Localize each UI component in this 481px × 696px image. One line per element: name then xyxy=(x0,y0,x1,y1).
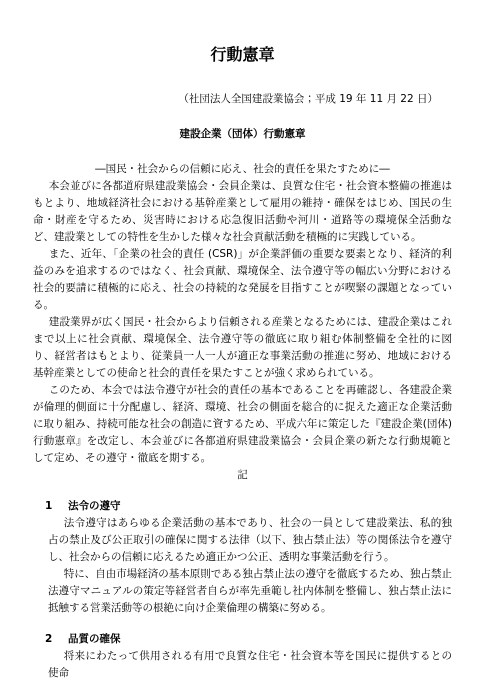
document-title: 行動憲章 xyxy=(33,45,452,65)
record-marker: 記 xyxy=(33,467,452,484)
preamble-paragraph-2: また、近年、「企業の社会的責任 (CSR)」が企業評価の重要な要素となり、経済的… xyxy=(33,246,452,314)
section-2: 2品質の確保 将来にわたって供用される有用で良質な住宅・社会資本等を国民に提供す… xyxy=(33,631,452,682)
section-1-paragraph-2: 特に、自由市場経済の基本原則である独占禁止法の遵守を徹底するため、独占禁止法遵守… xyxy=(48,566,452,617)
section-1-paragraph-1: 法令遵守はあらゆる企業活動の基本であり、社会の一員として建設業法、私的独占の禁止… xyxy=(48,515,452,566)
slogan-line: ―国民・社会からの信頼に応え、社会的責任を果たすために― xyxy=(33,161,452,178)
section-1-title: 法令の遵守 xyxy=(68,500,121,512)
section-2-heading: 2品質の確保 xyxy=(45,631,452,648)
section-1-heading: 1法令の遵守 xyxy=(45,498,452,515)
preamble-paragraph-3: 建設業界が広く国民・社会からより信頼される産業となるためには、建設企業はこれまで… xyxy=(33,314,452,382)
section-2-number: 2 xyxy=(45,631,55,648)
section-2-title: 品質の確保 xyxy=(68,633,121,645)
document-page: 行動憲章 （社団法人全国建設業協会；平成 19 年 11 月 22 日） 建設企… xyxy=(0,0,481,696)
attribution-line: （社団法人全国建設業協会；平成 19 年 11 月 22 日） xyxy=(33,91,438,108)
section-1: 1法令の遵守 法令遵守はあらゆる企業活動の基本であり、社会の一員として建設業法、… xyxy=(33,498,452,617)
section-1-number: 1 xyxy=(45,498,55,515)
preamble-paragraph-4: このため、本会では法令遵守が社会的責任の基本であることを再確認し、各建設企業が倫… xyxy=(33,382,452,467)
section-2-paragraph-1: 将来にわたって供用される有用で良質な住宅・社会資本等を国民に提供するとの使命 xyxy=(48,648,452,682)
preamble-paragraph-1: 本会並びに各都道府県建設業協会・会員企業は、良質な住宅・社会資本整備の推進はもと… xyxy=(33,178,452,246)
document-subtitle: 建設企業（団体）行動憲章 xyxy=(33,126,452,143)
